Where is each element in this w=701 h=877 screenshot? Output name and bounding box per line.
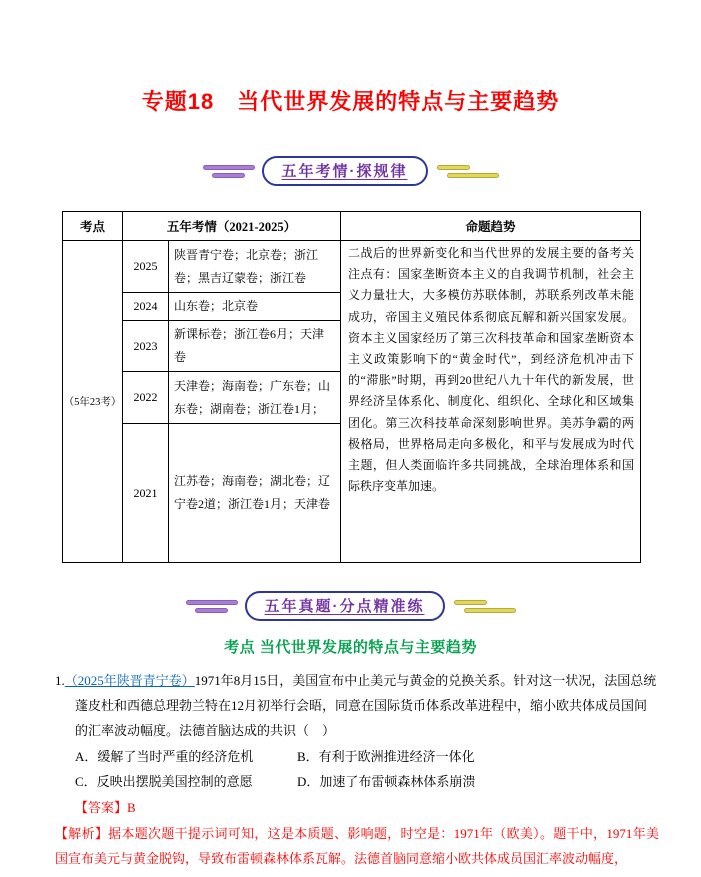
page-title: 专题18 当代世界发展的特点与主要趋势 <box>10 85 691 116</box>
papers-cell: 陕晋青宁卷；北京卷；浙江卷；黑吉辽蒙卷；浙江卷 <box>169 241 341 293</box>
papers-cell: 天津卷；海南卷；广东卷；山东卷；湖南卷；浙江卷1月； <box>169 372 341 424</box>
trend-cell: 二战后的世界新变化和当代世界的发展主要的备考关注点有：国家垄断资本主义的自我调节… <box>341 241 641 563</box>
banner-right-decoration <box>435 165 499 178</box>
section-heading: 考点 当代世界发展的特点与主要趋势 <box>0 636 701 657</box>
exam-info-table: 考点 五年考情（2021-2025） 命题趋势 （5年23考） 2025 陕晋青… <box>62 211 641 563</box>
year-cell: 2022 <box>123 372 169 424</box>
question-source-link[interactable]: （2025年陕晋青宁卷） <box>65 673 195 688</box>
papers-cell: 新课标卷；浙江卷6月；天津卷 <box>169 321 341 372</box>
option-label: B． <box>297 749 319 764</box>
option-label: D． <box>297 774 319 789</box>
option-label: C． <box>75 774 97 789</box>
kaodian-note-cell: （5年23考） <box>63 241 123 563</box>
option-d: D．加速了布雷顿森林体系崩溃 <box>297 769 659 794</box>
header-wunian: 五年考情（2021-2025） <box>123 212 341 241</box>
analysis-line: 【解析】据本题次题干提示词可知，这是本质题、影响题，时空是：1971年（欧美）。… <box>50 821 659 871</box>
analysis-label: 【解析】 <box>55 826 108 841</box>
table-row: （5年23考） 2025 陕晋青宁卷；北京卷；浙江卷；黑吉辽蒙卷；浙江卷 二战后… <box>63 241 641 293</box>
year-cell: 2025 <box>123 241 169 293</box>
header-mingti: 命题趋势 <box>341 212 641 241</box>
purple-line-icon <box>203 165 255 170</box>
option-a: A．缓解了当时严重的经济危机 <box>75 744 297 769</box>
purple-line-icon <box>186 600 238 605</box>
answer-value: B <box>127 800 136 815</box>
option-c: C．反映出摆脱美国控制的意愿 <box>75 769 297 794</box>
answer-line: 【答案】B <box>50 795 659 820</box>
year-cell: 2023 <box>123 321 169 372</box>
banner-left-decoration <box>186 600 238 613</box>
purple-line-icon <box>195 608 228 613</box>
yellow-line-icon <box>464 608 516 613</box>
question-stem: 1.（2025年陕晋青宁卷）1971年8月15日，美国宣布中止美元与黄金的兑换关… <box>50 668 659 743</box>
yellow-line-icon <box>437 165 470 170</box>
year-cell: 2021 <box>123 424 169 563</box>
answer-label: 【答案】 <box>75 800 127 815</box>
document-page: 专题18 当代世界发展的特点与主要趋势 五年考情·探规律 考点 五年考情（202… <box>0 0 701 877</box>
question-block: 1.（2025年陕晋青宁卷）1971年8月15日，美国宣布中止美元与黄金的兑换关… <box>50 668 659 871</box>
banner-left-decoration <box>203 165 255 178</box>
banner-pill-label: 五年考情·探规律 <box>262 156 428 186</box>
analysis-text: 据本题次题干提示词可知，这是本质题、影响题，时空是：1971年（欧美）。题干中，… <box>55 826 659 866</box>
papers-cell: 江苏卷；海南卷；湖北卷；辽宁卷2道；浙江卷1月；天津卷 <box>169 424 341 563</box>
banner-pill-label: 五年真题·分点精准练 <box>245 591 445 621</box>
header-kaodian: 考点 <box>63 212 123 241</box>
banner-exam-review: 五年考情·探规律 <box>0 156 701 186</box>
option-text: 加速了布雷顿森林体系崩溃 <box>319 774 475 789</box>
purple-line-icon <box>212 173 245 178</box>
option-text: 反映出摆脱美国控制的意愿 <box>97 774 253 789</box>
yellow-line-icon <box>447 173 499 178</box>
banner-real-questions: 五年真题·分点精准练 <box>0 591 701 621</box>
option-label: A． <box>75 749 97 764</box>
options-grid: A．缓解了当时严重的经济危机 B．有利于欧洲推进经济一体化 C．反映出摆脱美国控… <box>50 744 659 794</box>
papers-cell: 山东卷；北京卷 <box>169 293 341 321</box>
year-cell: 2024 <box>123 293 169 321</box>
banner-right-decoration <box>452 600 516 613</box>
option-text: 缓解了当时严重的经济危机 <box>97 749 253 764</box>
option-text: 有利于欧洲推进经济一体化 <box>319 749 475 764</box>
yellow-line-icon <box>454 600 487 605</box>
option-b: B．有利于欧洲推进经济一体化 <box>297 744 659 769</box>
question-number: 1. <box>55 673 65 688</box>
table-header-row: 考点 五年考情（2021-2025） 命题趋势 <box>63 212 641 241</box>
